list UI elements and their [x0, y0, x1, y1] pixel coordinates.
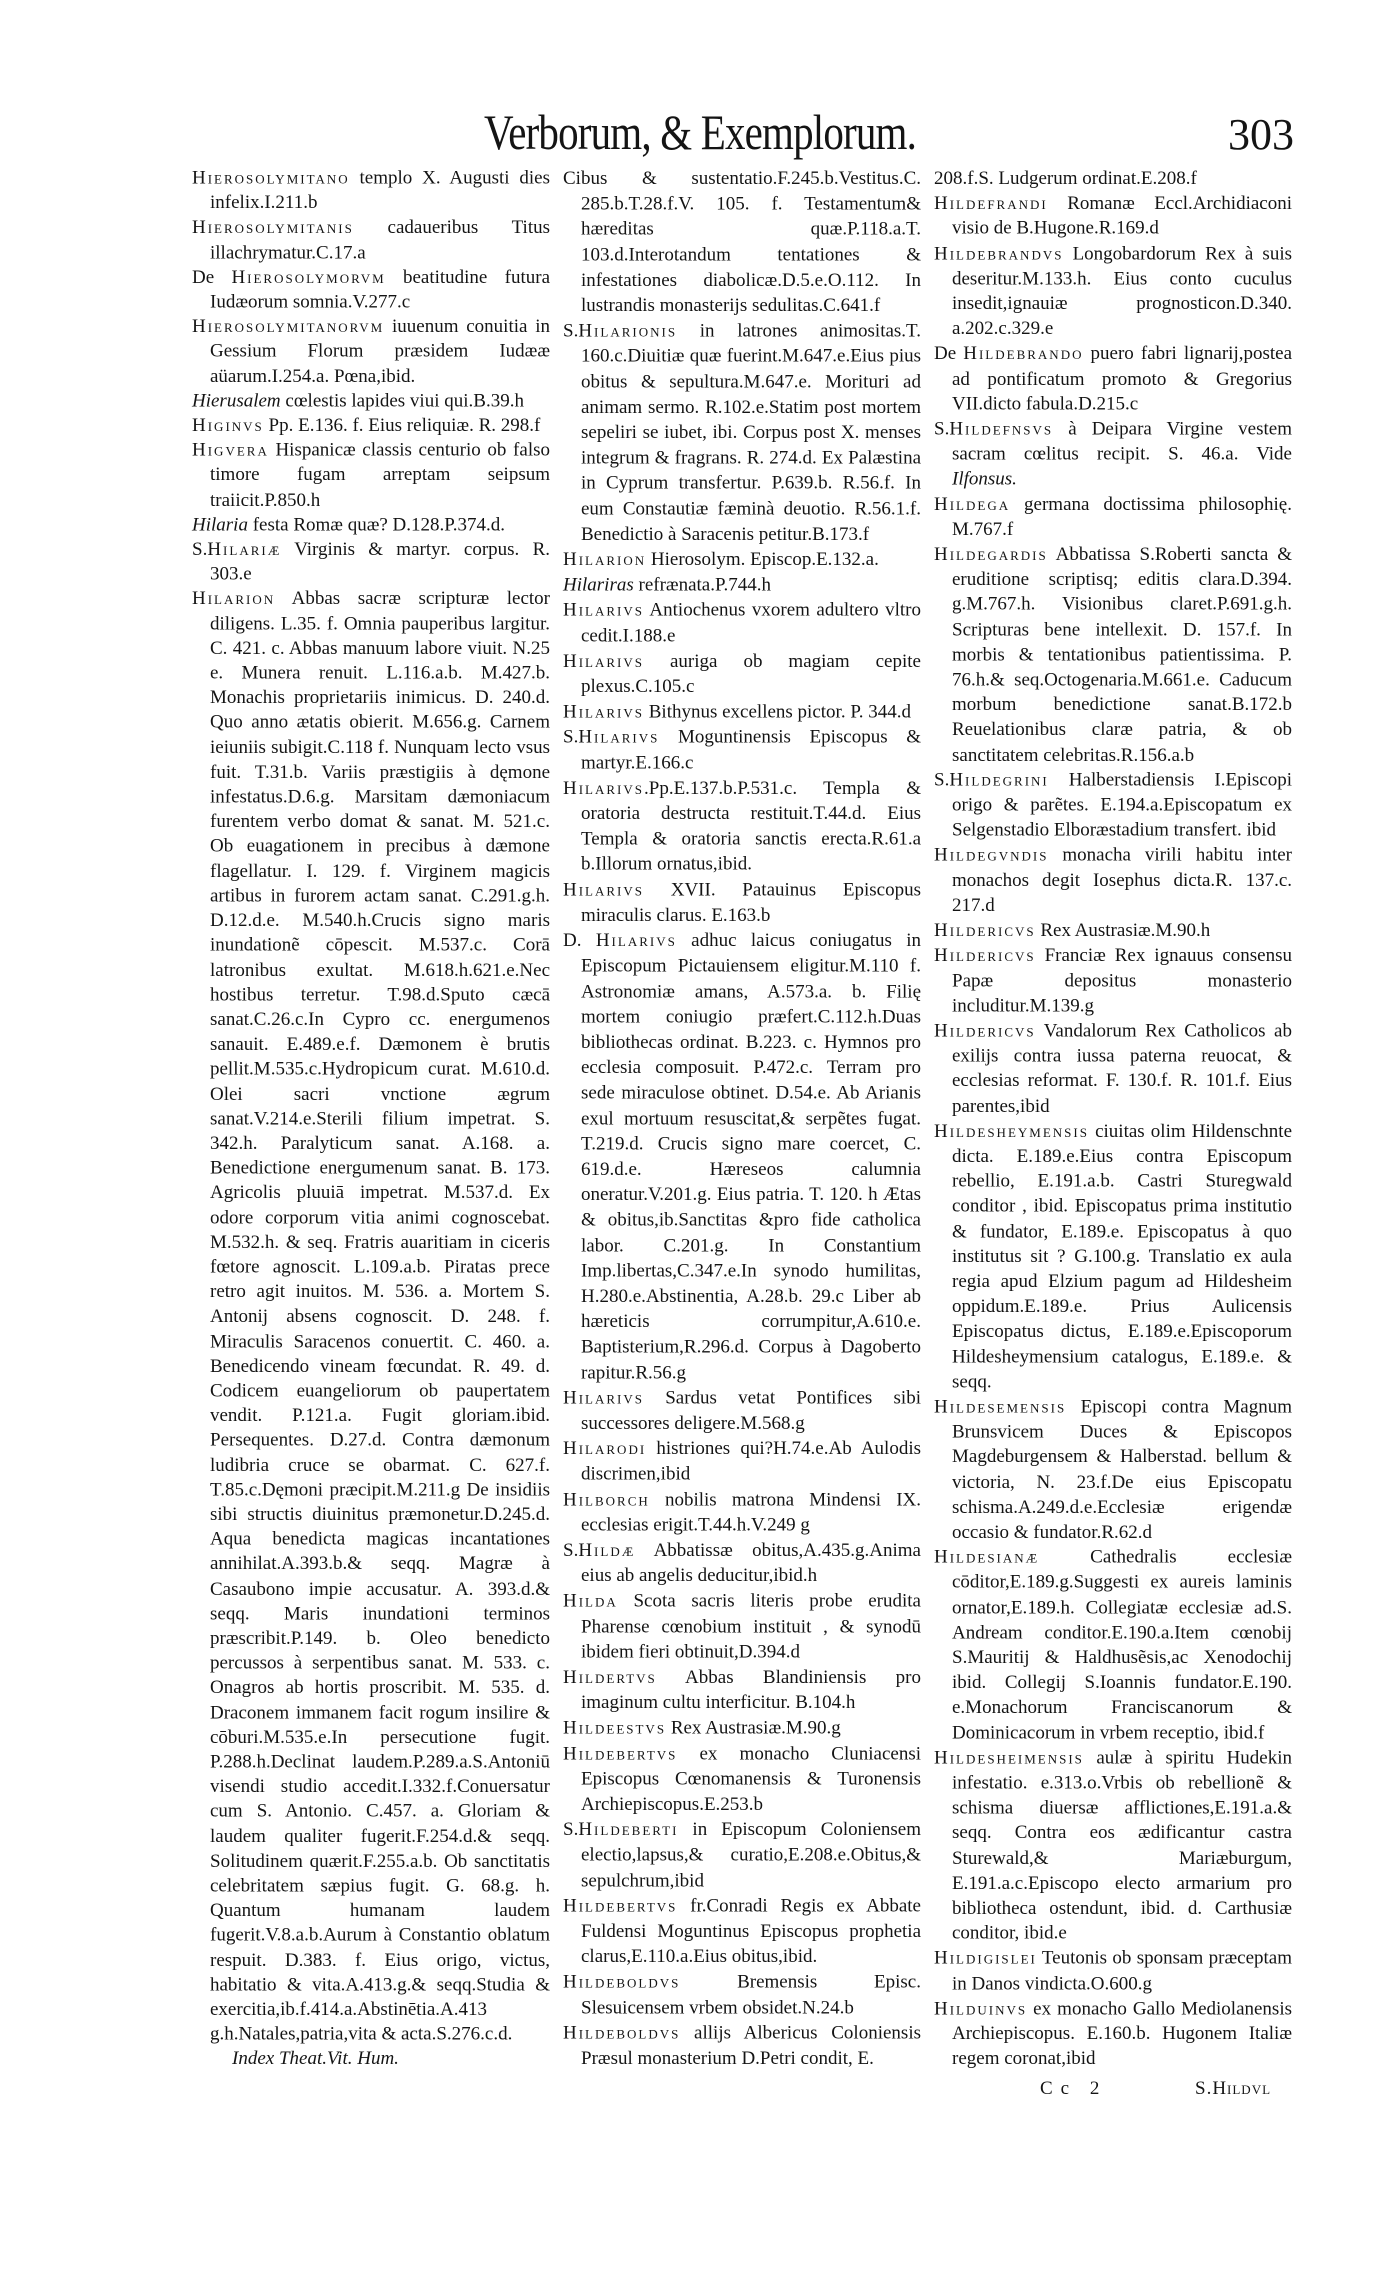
- index-entry: D. Hilarivs adhuc laicus coniugatus in E…: [563, 928, 921, 1385]
- index-entry: Hilarion Abbas sacræ scripturæ lector di…: [192, 587, 550, 2047]
- entry-headword: Hilariæ: [207, 539, 281, 560]
- index-entry: Hildeboldvs allijs Albericus Coloniensis…: [563, 2020, 921, 2071]
- index-entry: Hilarion Hierosolym. Episcop.E.132.a.: [563, 547, 921, 572]
- entry-headword: Hildesheymensis: [934, 1121, 1089, 1142]
- entry-headword: Hilarivs: [578, 727, 659, 748]
- index-entry: Hildebrandvs Longobardorum Rex à suis de…: [934, 241, 1292, 341]
- index-entry: Higvera Hispanicæ classis centurio ob fa…: [192, 438, 550, 512]
- entry-text: festa Romæ quæ? D.128.P.374.d.: [248, 514, 505, 535]
- page-number: 303: [1228, 110, 1294, 160]
- index-entry: Hilduinvs ex monacho Gallo Mediolanensis…: [934, 1996, 1292, 2071]
- index-entry: Hildegardis Abbatissa S.Roberti sancta &…: [934, 542, 1292, 768]
- index-entry: Hildericvs Rex Austrasiæ.M.90.h: [934, 918, 1292, 943]
- entry-headword: Higvera: [192, 440, 269, 461]
- catchword: S.Hildvl: [1195, 2078, 1271, 2100]
- entry-headword: Hilborch: [563, 1489, 650, 1510]
- index-entry: Hierosolymitano templo X. Augusti dies i…: [192, 166, 550, 215]
- entry-headword: Hilduinvs: [934, 1998, 1027, 2019]
- index-entry: Hildegvndis monacha virili habitu inter …: [934, 843, 1292, 918]
- entry-headword: Hilariras: [563, 574, 634, 595]
- entry-text: Pp. E.136. f. Eius reliquiæ. R. 298.f: [264, 415, 541, 436]
- entry-headword: Hildertvs: [563, 1667, 657, 1688]
- entry-headword: Hierosolymitanis: [192, 217, 354, 238]
- entry-prefix: S.: [563, 1819, 578, 1840]
- entry-headword: Hilarion: [563, 549, 646, 570]
- index-entry: Hildertvs Abbas Blandiniensis pro imagin…: [563, 1665, 921, 1716]
- entry-headword: Hildebrandvs: [934, 243, 1063, 264]
- entry-headword: Hilarion: [192, 589, 275, 610]
- index-entry: Hildigislei Teutonis ob sponsam præcepta…: [934, 1946, 1292, 1996]
- entry-headword: Hilarivs: [563, 651, 644, 672]
- entry-headword: Hildefrandi: [934, 193, 1048, 214]
- index-entry: Hierusalem cœlestis lapides viui qui.B.3…: [192, 389, 550, 414]
- entry-headword: Hildeboldvs: [563, 1972, 680, 1993]
- entry-text: Episcopi contra Magnum Brunsvicem Duces …: [952, 1396, 1292, 1542]
- page-title: Verborum, & Exemplorum.: [438, 102, 963, 162]
- entry-headword: Hilarivs: [563, 701, 644, 722]
- index-entry: Hilarivs.Pp.E.137.b.P.531.c. Templa & or…: [563, 776, 921, 878]
- entry-text: in latrones animositas.T. 160.c.Diuitiæ …: [581, 320, 921, 544]
- page-footer: Cc 2 S.Hildvl: [1040, 2078, 1310, 2104]
- entry-prefix: S.: [934, 419, 949, 440]
- entry-prefix: D.: [563, 930, 596, 951]
- entry-headword: Hildebertvs: [563, 1743, 677, 1764]
- index-entry: S.Hildeberti in Episcopum Coloniensem el…: [563, 1817, 921, 1893]
- entry-headword: Hilarionis: [578, 320, 677, 341]
- index-entry: Hierosolymitanorvm iuuenum conuitia in G…: [192, 314, 550, 388]
- entry-prefix: S.: [563, 320, 578, 341]
- entry-headword: Hildegardis: [934, 544, 1048, 565]
- index-column-2: Cibus & sustentatio.F.245.b.Vestitus.C. …: [563, 166, 921, 2071]
- index-entry: Hilda Scota sacris literis probe erudita…: [563, 1589, 921, 1665]
- entry-headword: Hildebrando: [963, 343, 1083, 364]
- book-page: Verborum, & Exemplorum. 303 Hierosolymit…: [0, 0, 1399, 2274]
- entry-headword: Hildega: [934, 494, 1010, 515]
- index-entry: De Hildebrando puero fabri lignarij,post…: [934, 342, 1292, 417]
- column-catchline: Index Theat.Vit. Hum.: [192, 2047, 550, 2072]
- entry-headword: Hildæ: [578, 1540, 635, 1561]
- entry-headword: Hildeboldvs: [563, 2022, 680, 2043]
- entry-headword: Hilda: [563, 1591, 618, 1612]
- index-entry: Higinvs Pp. E.136. f. Eius reliquiæ. R. …: [192, 413, 550, 438]
- entry-text: Bithynus excellens pictor. P. 344.d: [644, 701, 911, 722]
- entry-headword: Hilarodi: [563, 1438, 646, 1459]
- entry-text: Rex Austrasiæ.M.90.g: [666, 1718, 841, 1739]
- entry-headword: Hierusalem: [192, 391, 281, 412]
- entry-headword: Hilarivs: [563, 600, 644, 621]
- entry-headword: Hilarivs: [563, 879, 644, 900]
- entry-headword: Hildericvs: [934, 1020, 1036, 1041]
- entry-headword: Hildeberti: [578, 1819, 678, 1840]
- entry-prefix: S.: [934, 770, 949, 791]
- entry-headword: Hildeestvs: [563, 1718, 666, 1739]
- index-entry: Hilariras refrænata.P.744.h: [563, 572, 921, 597]
- entry-text: Abbatissa S.Roberti sancta & eruditione …: [952, 544, 1292, 765]
- entry-headword: Hildebertvs: [563, 1895, 677, 1916]
- entry-text: 208.f.S. Ludgerum ordinat.E.208.f: [934, 168, 1197, 189]
- index-entry: Hilarivs auriga ob magiam cepite plexus.…: [563, 649, 921, 700]
- index-entry: S.Hildegrini Halberstadiensis I.Episcopi…: [934, 768, 1292, 843]
- entry-headword: Higinvs: [192, 415, 264, 436]
- entry-text: ciuitas olim Hildenschnte dicta. E.189.e…: [952, 1121, 1292, 1393]
- entry-text: adhuc laicus coniugatus in Episcopum Pic…: [581, 930, 921, 1383]
- entry-headword: Hilarivs: [596, 930, 677, 951]
- index-entry: Hierosolymitanis cadaueribus Titus illac…: [192, 215, 550, 264]
- entry-headword: Hierosolymorvm: [231, 267, 385, 288]
- index-entry: S.Hildefnsvs à Deipara Virgine vestem sa…: [934, 417, 1292, 492]
- index-entry: Hildericvs Franciæ Rex ignauus consensu …: [934, 943, 1292, 1018]
- index-column-1: Hierosolymitano templo X. Augusti dies i…: [192, 166, 550, 2071]
- entry-cross-reference: Ilfonsus.: [952, 469, 1017, 490]
- entry-prefix: De: [192, 267, 231, 288]
- index-entry: Cibus & sustentatio.F.245.b.Vestitus.C. …: [563, 166, 921, 318]
- signature-mark: Cc 2: [1040, 2078, 1107, 2100]
- entry-text: Scota sacris literis probe erudita Phare…: [581, 1591, 921, 1663]
- index-entry: S.Hildæ Abbatissæ obitus,A.435.g.Anima e…: [563, 1538, 921, 1589]
- entry-prefix: S.: [192, 539, 207, 560]
- entry-headword: Hildegrini: [949, 770, 1048, 791]
- entry-text: Hierosolym. Episcop.E.132.a.: [646, 549, 879, 570]
- entry-text: Rex Austrasiæ.M.90.h: [1036, 920, 1211, 941]
- index-entry: Hildebertvs ex monacho Cluniacensi Episc…: [563, 1741, 921, 1817]
- entry-text: Cibus & sustentatio.F.245.b.Vestitus.C. …: [563, 168, 921, 316]
- entry-text: aulæ à spiritu Hudekin infestatio. e.313…: [952, 1747, 1292, 1943]
- index-entry: Hildericvs Vandalorum Rex Catholicos ab …: [934, 1018, 1292, 1118]
- index-entry: Hildeestvs Rex Austrasiæ.M.90.g: [563, 1716, 921, 1741]
- entry-headword: Hierosolymitano: [192, 168, 350, 189]
- entry-headword: Hildesianæ: [934, 1547, 1039, 1568]
- index-entry: Hildega germana doctissima philosophię. …: [934, 492, 1292, 542]
- entry-prefix: S.: [563, 727, 578, 748]
- index-entry: Hildefrandi Romanæ Eccl.Archidiaconi vis…: [934, 191, 1292, 241]
- entry-headword: Hildericvs: [934, 920, 1036, 941]
- index-entry: Hildesheymensis ciuitas olim Hildenschnt…: [934, 1119, 1292, 1395]
- index-entry: Hildeboldvs Bremensis Episc. Slesuicense…: [563, 1970, 921, 2021]
- index-entry: 208.f.S. Ludgerum ordinat.E.208.f: [934, 166, 1292, 191]
- entry-headword: Hierosolymitanorvm: [192, 316, 384, 337]
- entry-headword: Hilarivs: [563, 778, 644, 799]
- entry-text: refrænata.P.744.h: [634, 574, 771, 595]
- entry-headword: Hilaria: [192, 514, 248, 535]
- index-entry: S.Hilarionis in latrones animositas.T. 1…: [563, 318, 921, 547]
- index-entry: Hilarivs XVII. Patauinus Episcopus mirac…: [563, 877, 921, 928]
- entry-headword: Hildigislei: [934, 1948, 1037, 1969]
- index-entry: S.Hilariæ Virginis & martyr. corpus. R. …: [192, 537, 550, 586]
- entry-headword: Hilarivs: [563, 1387, 644, 1408]
- entry-text: Cathedralis ecclesiæ cōditor,E.189.g.Sug…: [952, 1547, 1292, 1743]
- index-column-3: 208.f.S. Ludgerum ordinat.E.208.fHildefr…: [934, 166, 1292, 2071]
- running-head: Verborum, & Exemplorum. 303: [0, 102, 1399, 162]
- index-entry: Hilarodi histriones qui?H.74.e.Ab Aulodi…: [563, 1436, 921, 1487]
- entry-text: Abbas sacræ scripturæ lector diligens. L…: [210, 589, 550, 2045]
- index-entry: Hildebertvs fr.Conradi Regis ex Abbate F…: [563, 1893, 921, 1969]
- index-entry: Hilaria festa Romæ quæ? D.128.P.374.d.: [192, 512, 550, 537]
- entry-headword: Hildegvndis: [934, 845, 1048, 866]
- index-entry: Hilarivs Antiochenus vxorem adultero vlt…: [563, 598, 921, 649]
- entry-headword: Hildesheimensis: [934, 1747, 1084, 1768]
- entry-prefix: S.: [563, 1540, 578, 1561]
- entry-headword: Hildericvs: [934, 945, 1036, 966]
- index-entry: Hilarivs Sardus vetat Pontifices sibi su…: [563, 1385, 921, 1436]
- index-entry: Hildesemensis Episcopi contra Magnum Bru…: [934, 1395, 1292, 1545]
- entry-headword: Hildefnsvs: [949, 419, 1053, 440]
- index-entry: S.Hilarivs Moguntinensis Episcopus & mar…: [563, 725, 921, 776]
- index-entry: Hilarivs Bithynus excellens pictor. P. 3…: [563, 699, 921, 724]
- index-entry: Hildesianæ Cathedralis ecclesiæ cōditor,…: [934, 1545, 1292, 1746]
- entry-headword: Hildesemensis: [934, 1396, 1066, 1417]
- entry-text: cœlestis lapides viui qui.B.39.h: [281, 391, 524, 412]
- index-entry: Hildesheimensis aulæ à spiritu Hudekin i…: [934, 1746, 1292, 1947]
- index-entry: Hilborch nobilis matrona Mindensi IX. ec…: [563, 1487, 921, 1538]
- entry-prefix: De: [934, 343, 963, 364]
- index-entry: De Hierosolymorvm beatitudine futura Iud…: [192, 265, 550, 314]
